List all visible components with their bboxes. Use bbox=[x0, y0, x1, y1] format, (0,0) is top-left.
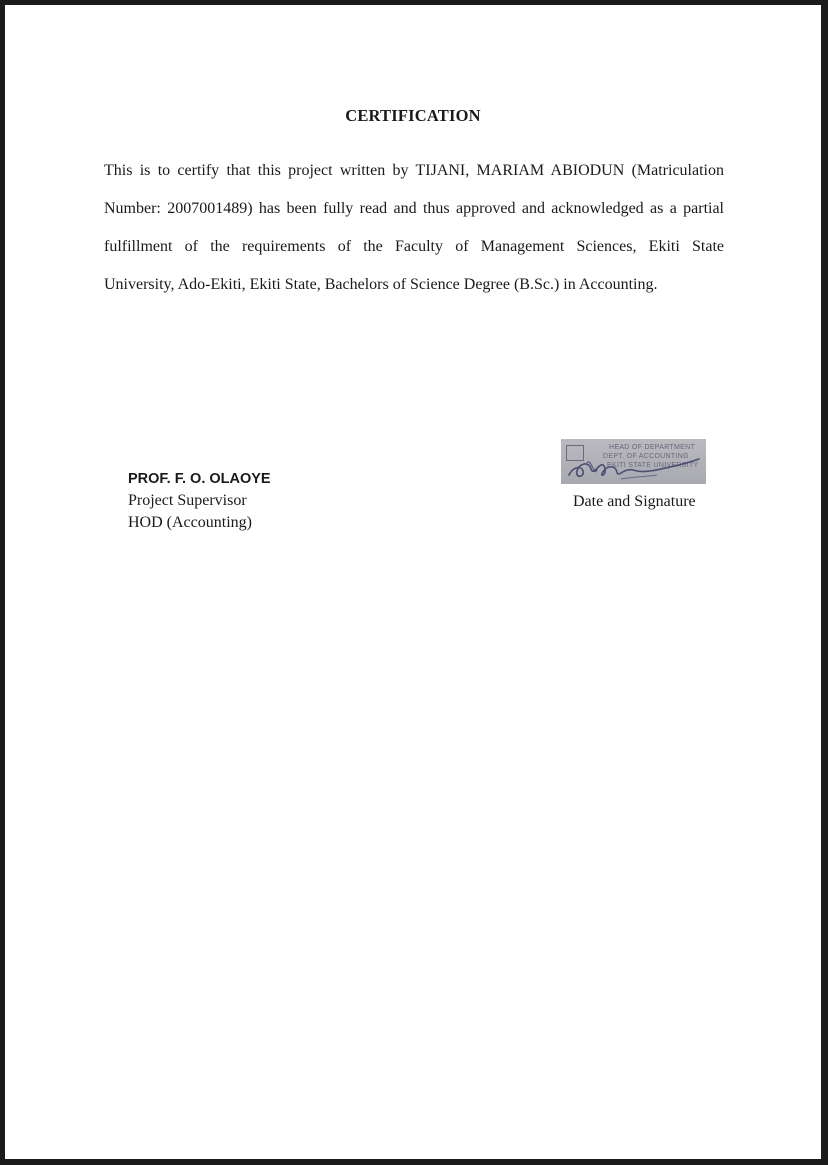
certification-paragraph: This is to certify that this project wri… bbox=[104, 152, 724, 304]
supervisor-block: PROF. F. O. OLAOYE Project Supervisor HO… bbox=[128, 468, 271, 534]
paragraph-line: fulfillment of the requirements of the F… bbox=[104, 228, 724, 266]
paragraph-line: Number: 2007001489) has been fully read … bbox=[104, 190, 724, 228]
document-page: CERTIFICATION This is to certify that th… bbox=[5, 5, 821, 1159]
paragraph-line: University, Ado-Ekiti, Ekiti State, Bach… bbox=[104, 266, 724, 304]
page-title: CERTIFICATION bbox=[5, 106, 821, 126]
signature-stamp-image: HEAD OF DEPARTMENT DEPT. OF ACCOUNTING E… bbox=[561, 439, 706, 484]
supervisor-department: HOD (Accounting) bbox=[128, 512, 271, 534]
handwritten-signature-icon bbox=[561, 439, 706, 484]
supervisor-name: PROF. F. O. OLAOYE bbox=[128, 468, 271, 490]
paragraph-line: This is to certify that this project wri… bbox=[104, 152, 724, 190]
supervisor-role: Project Supervisor bbox=[128, 490, 271, 512]
date-and-signature-label: Date and Signature bbox=[573, 491, 696, 513]
